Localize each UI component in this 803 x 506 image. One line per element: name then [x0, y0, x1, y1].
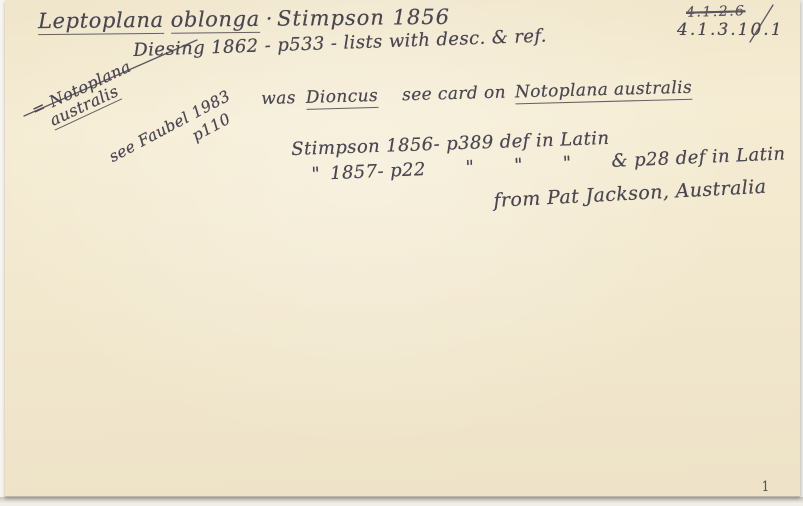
scanned-card-image: Leptoplanaoblonga·Stimpson 1856 Diesing … [0, 0, 803, 506]
scan-bottom-edge [0, 497, 803, 506]
genus-name: Leptoplana [38, 8, 164, 35]
provenance-note: from Pat Jackson, Australia [493, 176, 767, 212]
corner-mark: 1 [762, 478, 769, 495]
card-title: Leptoplanaoblonga·Stimpson 1856 [38, 5, 450, 33]
current-species-name: Notoplana australis [515, 78, 693, 105]
ditto-mark: " [562, 153, 572, 174]
ditto-mark: " [311, 164, 321, 185]
was-label: was [261, 88, 296, 109]
ditto-mark: " [514, 155, 524, 176]
former-genus-name: Dioncus [306, 86, 379, 110]
index-card: Leptoplanaoblonga·Stimpson 1856 Diesing … [5, 0, 800, 497]
catalog-number: 4.1.3.10.1 [677, 20, 784, 40]
year-page: 1857- p22 [330, 159, 426, 184]
author-citation: Stimpson 1856 [277, 5, 450, 31]
old-catalog-number: 4.1.2.6 [686, 3, 746, 21]
synonym-annotation: = Notoplana australis [29, 58, 142, 136]
see-card-note: see card on [402, 83, 506, 106]
species-name: oblonga [171, 7, 260, 34]
reassignment-note: wasDioncussee card onNotoplana australis [261, 78, 692, 109]
ditto-mark: " [465, 157, 475, 178]
page-detail: & p28 def in Latin [611, 143, 786, 172]
title-separator: · [266, 7, 274, 31]
